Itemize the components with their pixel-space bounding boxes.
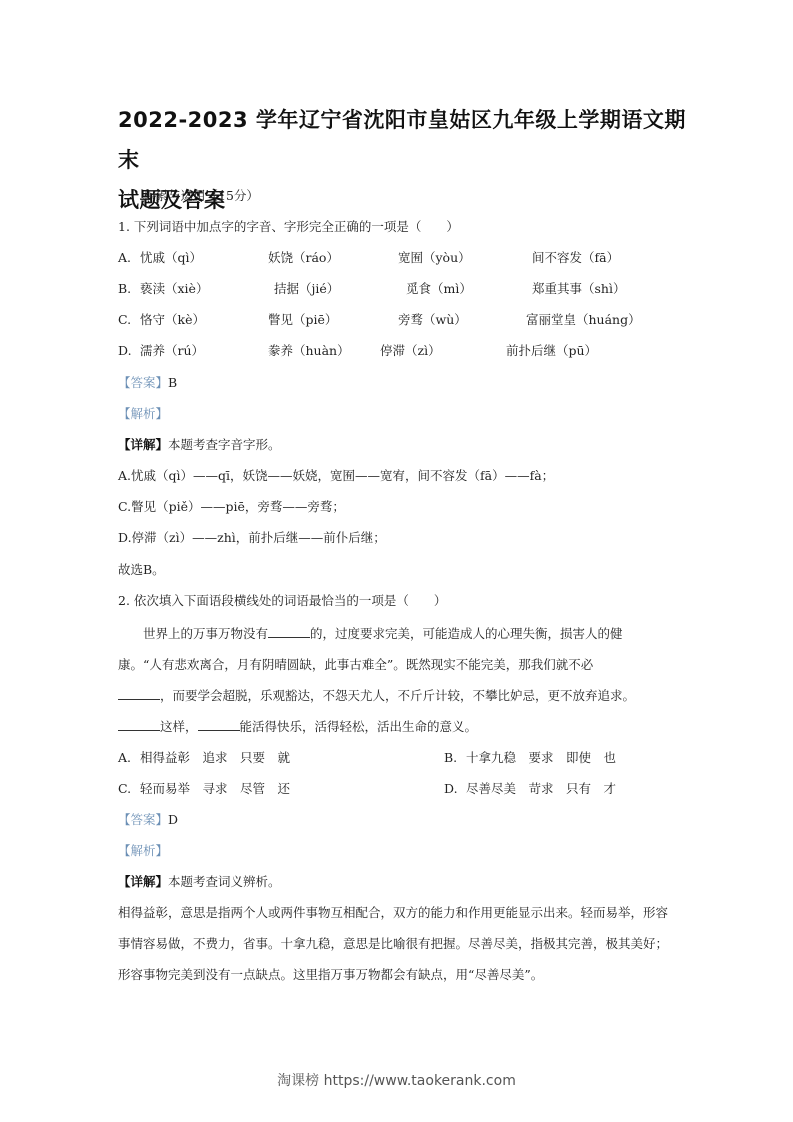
q1-analysis-tag: 【解析】 xyxy=(118,405,168,423)
option-item: 亵渎（xiè） xyxy=(140,280,208,298)
option-item: 妖饶（ráo） xyxy=(268,249,339,267)
option-letter: A. xyxy=(118,249,131,267)
passage-line: 这样，能活得快乐，活得轻松，活出生命的意义。 xyxy=(118,711,680,742)
q1-stem: 1. 下列词语中加点字的字音、字形完全正确的一项是（ ） xyxy=(118,218,459,236)
q1-answer: 【答案】B xyxy=(118,374,177,392)
analysis-tag: 【解析】 xyxy=(118,406,168,421)
q2-analysis-tag: 【解析】 xyxy=(118,842,168,860)
option-item: 濡养（rú） xyxy=(140,342,204,360)
option-letter: C. xyxy=(118,780,131,798)
q2-passage: 世界上的万事万物没有的，过度要求完美，可能造成人的心理失衡，损害人的健 康。“人… xyxy=(118,618,680,742)
option-text: 轻而易举 寻求 尽管 还 xyxy=(140,780,290,798)
option-letter: C. xyxy=(118,311,131,329)
option-item: 拮据（jié） xyxy=(274,280,339,298)
option-item: 恪守（kè） xyxy=(140,311,205,329)
option-item: 宽囿（yòu） xyxy=(398,249,471,267)
q1-detail-line: D.停滞（zì）——zhì，前扑后继——前仆后继； xyxy=(118,529,386,547)
detail-intro: 本题考查字音字形。 xyxy=(168,437,281,452)
q1-detail-line: A.忧戚（qì）——qī，妖饶——妖娆，宽囿——宽宥，间不容发（fā）——fà； xyxy=(118,467,554,485)
option-item: 忧戚（qì） xyxy=(140,249,202,267)
footer-watermark: 淘课榜 https://www.taokerank.com xyxy=(0,1070,793,1090)
option-item: 觅食（mì） xyxy=(406,280,472,298)
analysis-tag: 【解析】 xyxy=(118,843,168,858)
option-item: 停滞（zì） xyxy=(380,342,441,360)
q1-detail-intro: 【详解】本题考查字音字形。 xyxy=(118,436,281,454)
q1-detail-line: 故选B。 xyxy=(118,561,165,579)
passage-line: 世界上的万事万物没有的，过度要求完美，可能造成人的心理失衡，损害人的健 xyxy=(118,618,680,649)
q2-stem: 2. 依次填入下面语段横线处的词语最恰当的一项是（ ） xyxy=(118,592,446,610)
option-letter: D. xyxy=(118,342,132,360)
option-text: 十拿九稳 要求 即使 也 xyxy=(466,749,616,767)
option-text: 相得益彰 追求 只要 就 xyxy=(140,749,290,767)
option-item: 郑重其事（shì） xyxy=(532,280,625,298)
option-letter: B. xyxy=(444,749,457,767)
option-letter: B. xyxy=(118,280,131,298)
passage-line: ，而要学会超脱，乐观豁达，不怨天尤人，不斤斤计较，不攀比妒忌，更不放弃追求。 xyxy=(118,680,680,711)
fill-blank xyxy=(118,717,160,731)
option-item: 富丽堂皇（huáng） xyxy=(526,311,641,329)
section-heading: 一、积累与运用（15分） xyxy=(118,187,259,205)
option-item: 前扑后继（pū） xyxy=(506,342,597,360)
q1-detail-line: C.瞥见（piě）——piē，旁骛——旁骛； xyxy=(118,498,345,516)
answer-value: B xyxy=(168,375,177,390)
option-letter: D. xyxy=(444,780,458,798)
fill-blank xyxy=(198,717,240,731)
detail-tag: 【详解】 xyxy=(118,874,168,889)
fill-blank xyxy=(268,624,310,638)
q2-detail-paragraph: 相得益彰，意思是指两个人或两件事物互相配合，双方的能力和作用更能显示出来。轻而易… xyxy=(118,897,680,990)
option-item: 瞥见（piē） xyxy=(268,311,337,329)
detail-intro: 本题考查词义辨析。 xyxy=(168,874,281,889)
answer-tag: 【答案】 xyxy=(118,375,168,390)
option-item: 间不容发（fā） xyxy=(532,249,619,267)
detail-tag: 【详解】 xyxy=(118,437,168,452)
option-text: 尽善尽美 苛求 只有 才 xyxy=(466,780,616,798)
option-letter: A. xyxy=(118,749,131,767)
answer-value: D xyxy=(168,812,178,827)
title-line-1: 2022-2023 学年辽宁省沈阳市皇姑区九年级上学期语文期末 xyxy=(118,108,686,172)
passage-line: 康。“人有悲欢离合，月有阴晴圆缺，此事古难全”。既然现实不能完美，那我们就不必 xyxy=(118,649,680,680)
option-item: 旁骛（wù） xyxy=(398,311,467,329)
fill-blank xyxy=(118,686,160,700)
q2-detail-intro: 【详解】本题考查词义辨析。 xyxy=(118,873,281,891)
option-item: 豢养（huàn） xyxy=(268,342,350,360)
q2-answer: 【答案】D xyxy=(118,811,178,829)
answer-tag: 【答案】 xyxy=(118,812,168,827)
